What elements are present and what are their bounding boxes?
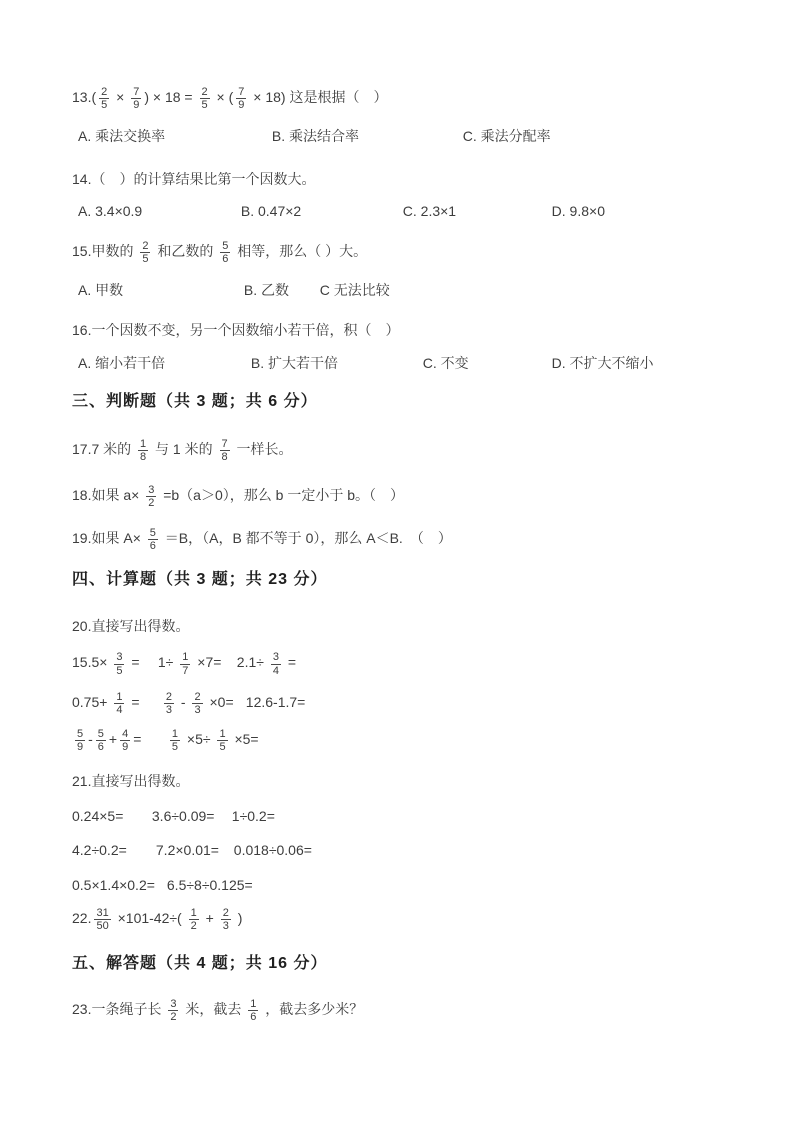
fraction-numerator: 5 xyxy=(148,527,158,540)
text-run: ×0= xyxy=(206,694,234,710)
fraction-denominator: 6 xyxy=(248,1011,258,1023)
equation: 2.1÷ 34 = xyxy=(237,651,296,676)
text-run: × 18) 这是根据（ ） xyxy=(249,89,387,105)
text-run: × xyxy=(112,89,128,105)
question-13-option-a: A. 乘法交换率 xyxy=(78,128,268,146)
question-21-row-2: 4.2÷0.2= 7.2×0.01= 0.018÷0.06= xyxy=(72,842,753,860)
text-run: 23.一条绳子长 xyxy=(72,1001,165,1017)
question-21-row-1: 0.24×5= 3.6÷0.09= 1÷0.2= xyxy=(72,808,753,826)
text-run: =b（a＞0），那么 b 一定小于 b。（ ） xyxy=(159,487,404,503)
fraction-numerator: 31 xyxy=(94,907,110,920)
equation: 15 ×5÷ 15 ×5= xyxy=(167,728,259,753)
equation: 0.018÷0.06= xyxy=(234,842,312,860)
fraction: 35 xyxy=(114,651,124,676)
fraction-numerator: 7 xyxy=(236,86,246,99)
question-13-option-c: C. 乘法分配率 xyxy=(463,128,551,146)
fraction-numerator: 5 xyxy=(75,728,85,741)
fraction-numerator: 3 xyxy=(146,484,156,497)
fraction-numerator: 7 xyxy=(220,438,230,451)
fraction: 56 xyxy=(148,527,158,552)
fraction-numerator: 3 xyxy=(271,651,281,664)
question-18-stem: 18.如果 a× 32 =b（a＞0），那么 b 一定小于 b。（ ） xyxy=(72,484,753,509)
fraction: 18 xyxy=(138,438,148,463)
fraction-denominator: 2 xyxy=(146,497,156,509)
equation: 1÷ 17 ×7= xyxy=(158,651,233,676)
question-16-stem: 16.一个因数不变，另一个因数缩小若干倍，积（ ） xyxy=(72,322,753,340)
fraction: 23 xyxy=(164,691,174,716)
text-run: 6.5÷8÷0.125= xyxy=(167,877,253,893)
question-21-row-3: 0.5×1.4×0.2= 6.5÷8÷0.125= xyxy=(72,877,753,895)
question-16-option-d: D. 不扩大不缩小 xyxy=(552,355,654,373)
fraction-denominator: 8 xyxy=(220,451,230,463)
fraction: 16 xyxy=(248,998,258,1023)
question-22-stem: 22.3150 ×101-42÷( 12 + 23 ) xyxy=(72,907,753,932)
text-run: 与 1 米的 xyxy=(151,441,216,457)
fraction-denominator: 9 xyxy=(75,741,85,753)
text-run: ，截去多少米？ xyxy=(261,1001,363,1017)
question-19-stem: 19.如果 A× 56 ＝B，（A，B 都不等于 0），那么 A＜B. （ ） xyxy=(72,527,753,552)
equation: 3.6÷0.09= xyxy=(152,808,228,826)
text-run: 15.甲数的 xyxy=(72,243,137,259)
section-solve-heading: 五、解答题（共 4 题；共 16 分） xyxy=(72,954,753,974)
text-run: 1÷0.2= xyxy=(232,808,275,824)
text-run: 0.5×1.4×0.2= xyxy=(72,877,155,893)
equation: 12.6-1.7= xyxy=(246,694,306,712)
text-run: 17.7 米的 xyxy=(72,441,135,457)
fraction: 15 xyxy=(217,728,227,753)
equation: 59-56+49= xyxy=(72,728,163,753)
fraction-numerator: 1 xyxy=(217,728,227,741)
text-run: = xyxy=(284,654,296,670)
text-run: - xyxy=(88,731,93,747)
fraction-numerator: 7 xyxy=(131,86,141,99)
fraction-numerator: 1 xyxy=(180,651,190,664)
text-run: ×5= xyxy=(231,731,259,747)
fraction-numerator: 2 xyxy=(221,907,231,920)
fraction-denominator: 4 xyxy=(271,665,281,677)
text-run: 和乙数的 xyxy=(153,243,217,259)
question-15-option-a: A. 甲数 xyxy=(78,282,240,300)
fraction-denominator: 5 xyxy=(170,741,180,753)
text-run: = xyxy=(127,654,139,670)
fraction-numerator: 2 xyxy=(164,691,174,704)
text-run: = xyxy=(133,731,141,747)
question-15-option-b: B. 乙数 xyxy=(244,282,316,300)
fraction: 12 xyxy=(189,907,199,932)
question-15-option-c: C 无法比较 xyxy=(320,282,390,300)
text-run: 19.如果 A× xyxy=(72,530,145,546)
fraction-denominator: 9 xyxy=(131,99,141,111)
equation: 0.75+ 14 = xyxy=(72,691,157,716)
fraction-denominator: 5 xyxy=(140,253,150,265)
fraction-denominator: 5 xyxy=(200,99,210,111)
text-run: 米，截去 xyxy=(181,1001,245,1017)
question-21-label: 21.直接写出得数。 xyxy=(72,773,753,791)
question-14-option-b: B. 0.47×2 xyxy=(241,203,399,221)
text-run: × ( xyxy=(213,89,234,105)
section-judge-heading: 三、判断题（共 3 题；共 6 分） xyxy=(72,392,753,412)
text-run: 15.5× xyxy=(72,654,111,670)
question-15-options: A. 甲数 B. 乙数 C 无法比较 xyxy=(72,282,753,300)
fraction-numerator: 3 xyxy=(168,998,178,1011)
fraction: 32 xyxy=(146,484,156,509)
question-15-stem: 15.甲数的 25 和乙数的 56 相等，那么（ ）大。 xyxy=(72,240,753,265)
fraction-numerator: 2 xyxy=(99,86,109,99)
fraction: 79 xyxy=(131,86,141,111)
fraction: 23 xyxy=(192,691,202,716)
fraction: 56 xyxy=(220,240,230,265)
text-run: 0.24×5= xyxy=(72,808,123,824)
text-run: 2.1÷ xyxy=(237,654,268,670)
fraction-denominator: 3 xyxy=(192,704,202,716)
question-14-option-d: D. 9.8×0 xyxy=(552,203,605,221)
question-23-stem: 23.一条绳子长 32 米，截去 16 ，截去多少米？ xyxy=(72,998,753,1023)
text-run: ×5÷ xyxy=(183,731,214,747)
text-run: 4.2÷0.2= xyxy=(72,842,127,858)
fraction: 59 xyxy=(75,728,85,753)
question-14-option-a: A. 3.4×0.9 xyxy=(78,203,237,221)
question-16-option-b: B. 扩大若干倍 xyxy=(251,355,419,373)
fraction-denominator: 2 xyxy=(168,1011,178,1023)
fraction: 15 xyxy=(170,728,180,753)
text-run: ) × 18 = xyxy=(144,89,196,105)
fraction-denominator: 6 xyxy=(148,540,158,552)
fraction: 78 xyxy=(220,438,230,463)
fraction: 32 xyxy=(168,998,178,1023)
equation: 23 - 23 ×0= xyxy=(161,691,242,716)
fraction-denominator: 50 xyxy=(94,920,110,932)
question-14-options: A. 3.4×0.9 B. 0.47×2 C. 2.3×1 D. 9.8×0 xyxy=(72,203,753,221)
fraction: 3150 xyxy=(94,907,110,932)
text-run: ＝B，（A，B 都不等于 0），那么 A＜B. （ ） xyxy=(161,530,452,546)
fraction: 25 xyxy=(99,86,109,111)
fraction: 25 xyxy=(140,240,150,265)
question-16-options: A. 缩小若干倍 B. 扩大若干倍 C. 不变 D. 不扩大不缩小 xyxy=(72,355,753,373)
fraction: 34 xyxy=(271,651,281,676)
fraction-denominator: 4 xyxy=(114,704,124,716)
question-17-stem: 17.7 米的 18 与 1 米的 78 一样长。 xyxy=(72,438,753,463)
text-run: 0.018÷0.06= xyxy=(234,842,312,858)
text-run: 0.75+ xyxy=(72,694,111,710)
equation: 7.2×0.01= xyxy=(156,842,230,860)
section-calc-heading: 四、计算题（共 3 题；共 23 分） xyxy=(72,570,753,590)
text-run: 22. xyxy=(72,910,91,926)
text-run: 12.6-1.7= xyxy=(246,694,306,710)
fraction-numerator: 3 xyxy=(114,651,124,664)
fraction-numerator: 1 xyxy=(189,907,199,920)
question-20-row-2: 0.75+ 14 = 23 - 23 ×0= 12.6-1.7= xyxy=(72,691,753,716)
fraction-denominator: 5 xyxy=(114,665,124,677)
question-14-option-c: C. 2.3×1 xyxy=(403,203,548,221)
fraction: 25 xyxy=(200,86,210,111)
fraction: 79 xyxy=(236,86,246,111)
question-13-option-b: B. 乘法结合率 xyxy=(272,128,459,146)
text-run: ×101-42÷( xyxy=(114,910,186,926)
fraction-denominator: 9 xyxy=(120,741,130,753)
text-run: 14.（ ）的计算结果比第一个因数大。 xyxy=(72,171,315,187)
text-run: 13.( xyxy=(72,89,96,105)
fraction-numerator: 1 xyxy=(138,438,148,451)
fraction: 49 xyxy=(120,728,130,753)
fraction-denominator: 9 xyxy=(236,99,246,111)
fraction-numerator: 1 xyxy=(114,691,124,704)
fraction-numerator: 5 xyxy=(96,728,106,741)
text-run: ×7= xyxy=(193,654,221,670)
fraction: 23 xyxy=(221,907,231,932)
fraction-denominator: 3 xyxy=(221,920,231,932)
question-20-row-3: 59-56+49= 15 ×5÷ 15 ×5= xyxy=(72,728,753,753)
exam-paper-page: 13.(25 × 79) × 18 = 25 × (79 × 18) 这是根据（… xyxy=(0,0,793,1122)
equation: 4.2÷0.2= xyxy=(72,842,152,860)
equation: 1÷0.2= xyxy=(232,808,275,826)
question-16-option-c: C. 不变 xyxy=(423,355,548,373)
text-run: 7.2×0.01= xyxy=(156,842,219,858)
question-20-label: 20.直接写出得数。 xyxy=(72,618,753,636)
equation: 15.5× 35 = xyxy=(72,651,154,676)
text-run: 16.一个因数不变，另一个因数缩小若干倍，积（ ） xyxy=(72,322,399,338)
fraction-numerator: 4 xyxy=(120,728,130,741)
fraction-numerator: 2 xyxy=(192,691,202,704)
fraction-denominator: 3 xyxy=(164,704,174,716)
fraction: 56 xyxy=(96,728,106,753)
text-run: 相等，那么（ ）大。 xyxy=(233,243,367,259)
text-run: 1÷ xyxy=(158,654,177,670)
equation: 0.5×1.4×0.2= xyxy=(72,877,163,895)
fraction-denominator: 6 xyxy=(96,741,106,753)
fraction-numerator: 2 xyxy=(140,240,150,253)
fraction-denominator: 5 xyxy=(99,99,109,111)
fraction: 17 xyxy=(180,651,190,676)
fraction-numerator: 1 xyxy=(248,998,258,1011)
text-run: ) xyxy=(234,910,243,926)
text-run: 一样长。 xyxy=(233,441,293,457)
text-run: - xyxy=(177,694,189,710)
equation: 0.24×5= xyxy=(72,808,148,826)
fraction: 14 xyxy=(114,691,124,716)
question-13-options: A. 乘法交换率 B. 乘法结合率 C. 乘法分配率 xyxy=(72,128,753,146)
text-run: + xyxy=(109,731,117,747)
fraction-numerator: 1 xyxy=(170,728,180,741)
fraction-denominator: 2 xyxy=(189,920,199,932)
equation: 6.5÷8÷0.125= xyxy=(167,877,253,895)
question-16-option-a: A. 缩小若干倍 xyxy=(78,355,247,373)
text-run: 18.如果 a× xyxy=(72,487,143,503)
fraction-denominator: 6 xyxy=(220,253,230,265)
text-run: = xyxy=(127,694,139,710)
text-run: 3.6÷0.09= xyxy=(152,808,215,824)
text-run: + xyxy=(202,910,218,926)
fraction-denominator: 7 xyxy=(180,665,190,677)
fraction-denominator: 8 xyxy=(138,451,148,463)
question-13-stem: 13.(25 × 79) × 18 = 25 × (79 × 18) 这是根据（… xyxy=(72,86,753,111)
question-20-row-1: 15.5× 35 = 1÷ 17 ×7= 2.1÷ 34 = xyxy=(72,651,753,676)
fraction-numerator: 2 xyxy=(200,86,210,99)
fraction-denominator: 5 xyxy=(217,741,227,753)
question-14-stem: 14.（ ）的计算结果比第一个因数大。 xyxy=(72,171,753,189)
fraction-numerator: 5 xyxy=(220,240,230,253)
